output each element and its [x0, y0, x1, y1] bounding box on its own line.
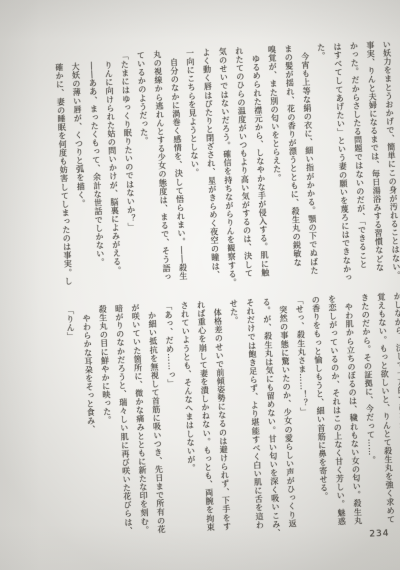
lower-text-tier: かしながら、決して一方的ではなかったし、無理強いをした 覚えもない。もっと欲しい… — [57, 292, 400, 553]
page-text-block: い妖力をまとうおかげで、簡単にこの身が汚れることはない。 事実、りんと夫婦になる… — [46, 40, 400, 561]
page-number: 234 — [369, 529, 390, 540]
upper-text-tier: い妖力をまとうおかげで、簡単にこの身が汚れることはない。 事実、りんと夫婦になる… — [46, 40, 400, 301]
book-page-photo: い妖力をまとうおかげで、簡単にこの身が汚れることはない。 事実、りんと夫婦になる… — [0, 0, 400, 570]
